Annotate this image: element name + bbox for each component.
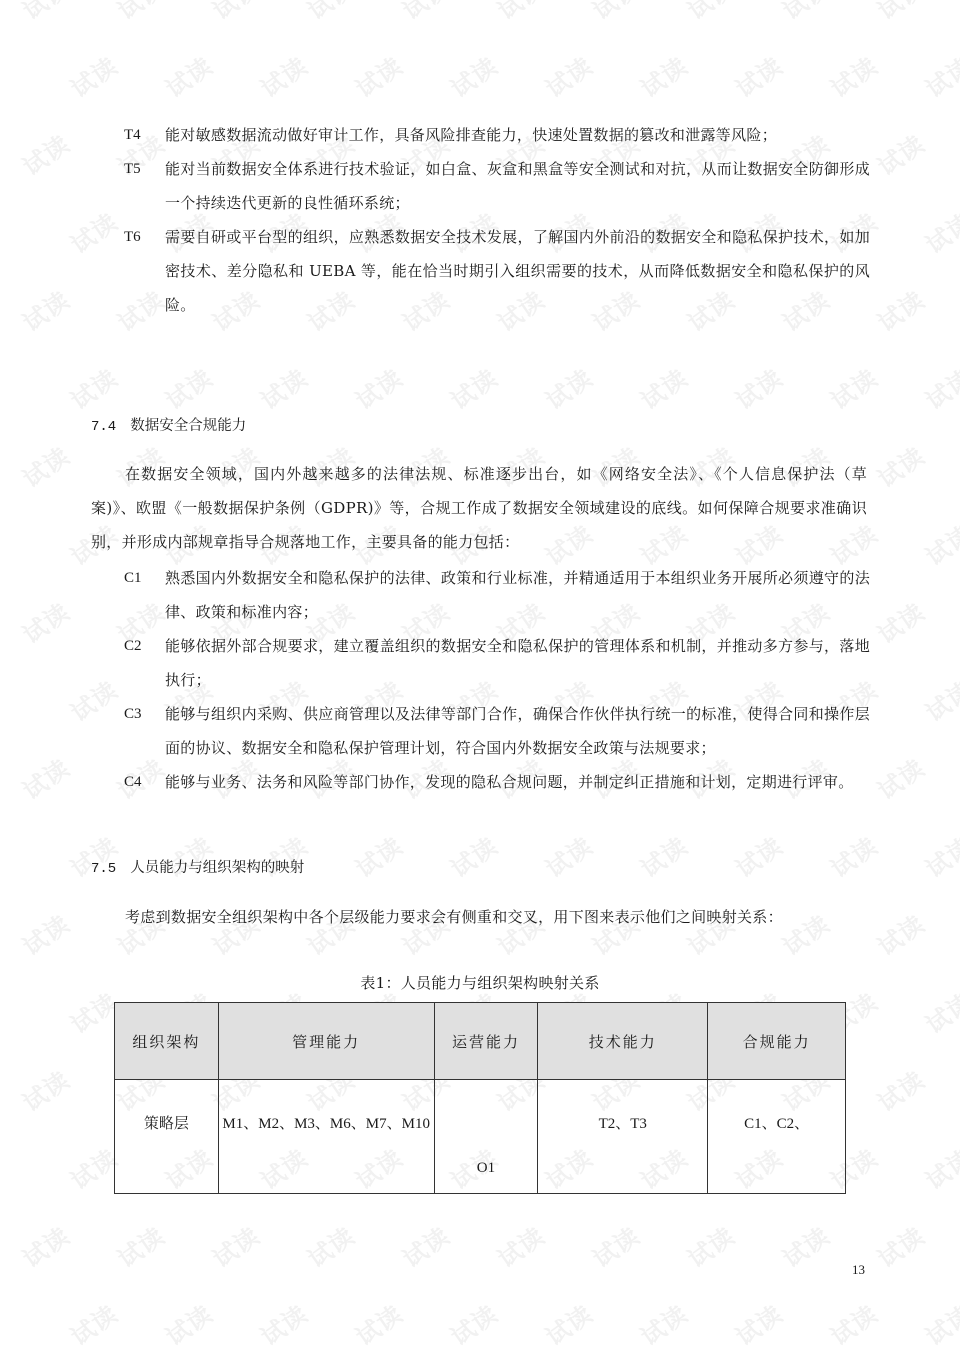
document-page: T4 能对敏感数据流动做好审计工作，具备风险排查能力，快速处置数据的篡改和泄露等…	[0, 0, 960, 1357]
item-code: T4	[124, 118, 141, 152]
list-item-c2: C2 能够依据外部合规要求，建立覆盖组织的数据安全和隐私保护的管理体系和机制，并…	[124, 629, 884, 697]
item-code: T6	[124, 220, 141, 254]
list-item-c4: C4 能够与业务、法务和风险等部门协作，发现的隐私合规问题，并制定纠正措施和计划…	[124, 765, 884, 799]
header-operations: 运营能力	[434, 1003, 538, 1080]
header-compliance: 合规能力	[708, 1003, 846, 1080]
item-text: 能够与业务、法务和风险等部门协作，发现的隐私合规问题，并制定纠正措施和计划，定期…	[165, 765, 870, 799]
cell-compliance: C1、C2、	[708, 1080, 846, 1194]
item-code: C3	[124, 697, 142, 731]
item-code: C2	[124, 629, 142, 663]
page-number: 13	[852, 1262, 865, 1278]
item-code: C1	[124, 561, 142, 595]
header-technical: 技术能力	[538, 1003, 708, 1080]
table-caption: 表1：人员能力与组织架构映射关系	[0, 972, 960, 993]
section-7-5-intro: 考虑到数据安全组织架构中各个层级能力要求会有侧重和交叉，用下图来表示他们之间映射…	[91, 900, 867, 934]
item-text: 能够与组织内采购、供应商管理以及法律等部门合作，确保合作伙伴执行统一的标准，使得…	[165, 697, 870, 765]
section-7-4-intro: 在数据安全领域，国内外越来越多的法律法规、标准逐步出台，如《网络安全法》、《个人…	[91, 457, 867, 559]
list-item-t4: T4 能对敏感数据流动做好审计工作，具备风险排查能力，快速处置数据的篡改和泄露等…	[124, 118, 884, 152]
item-text: 能对敏感数据流动做好审计工作，具备风险排查能力，快速处置数据的篡改和泄露等风险；	[165, 118, 870, 152]
cell-management: M1、M2、M3、M6、M7、M10	[218, 1080, 434, 1194]
cell-operations: O1	[434, 1080, 538, 1194]
section-heading-7-5: 7.5人员能力与组织架构的映射	[91, 856, 304, 877]
item-code: T5	[124, 152, 141, 186]
section-title: 数据安全合规能力	[130, 418, 246, 434]
header-management: 管理能力	[218, 1003, 434, 1080]
section-number: 7.4	[91, 419, 116, 435]
section-title: 人员能力与组织架构的映射	[130, 860, 304, 876]
section-heading-7-4: 7.4数据安全合规能力	[91, 414, 246, 435]
list-item-t5: T5 能对当前数据安全体系进行技术验证，如白盒、灰盒和黑盒等安全测试和对抗，从而…	[124, 152, 884, 220]
list-item-t6: T6 需要自研或平台型的组织，应熟悉数据安全技术发展，了解国内外前沿的数据安全和…	[124, 220, 884, 322]
list-item-c3: C3 能够与组织内采购、供应商管理以及法律等部门合作，确保合作伙伴执行统一的标准…	[124, 697, 884, 765]
capability-mapping-table: 组织架构 管理能力 运营能力 技术能力 合规能力 策略层 M1、M2、M3、M6…	[114, 1002, 846, 1194]
table-row: 策略层 M1、M2、M3、M6、M7、M10 O1 T2、T3 C1、C2、	[115, 1080, 846, 1194]
item-text: 熟悉国内外数据安全和隐私保护的法律、政策和行业标准，并精通适用于本组织业务开展所…	[165, 561, 870, 629]
item-text: 能够依据外部合规要求，建立覆盖组织的数据安全和隐私保护的管理体系和机制，并推动多…	[165, 629, 870, 697]
item-text: 需要自研或平台型的组织，应熟悉数据安全技术发展，了解国内外前沿的数据安全和隐私保…	[165, 220, 870, 322]
section-number: 7.5	[91, 861, 116, 877]
table-header-row: 组织架构 管理能力 运营能力 技术能力 合规能力	[115, 1003, 846, 1080]
header-org-structure: 组织架构	[115, 1003, 219, 1080]
cell-org: 策略层	[115, 1080, 219, 1194]
list-item-c1: C1 熟悉国内外数据安全和隐私保护的法律、政策和行业标准，并精通适用于本组织业务…	[124, 561, 884, 629]
item-text: 能对当前数据安全体系进行技术验证，如白盒、灰盒和黑盒等安全测试和对抗，从而让数据…	[165, 152, 870, 220]
cell-technical: T2、T3	[538, 1080, 708, 1194]
item-code: C4	[124, 765, 142, 799]
